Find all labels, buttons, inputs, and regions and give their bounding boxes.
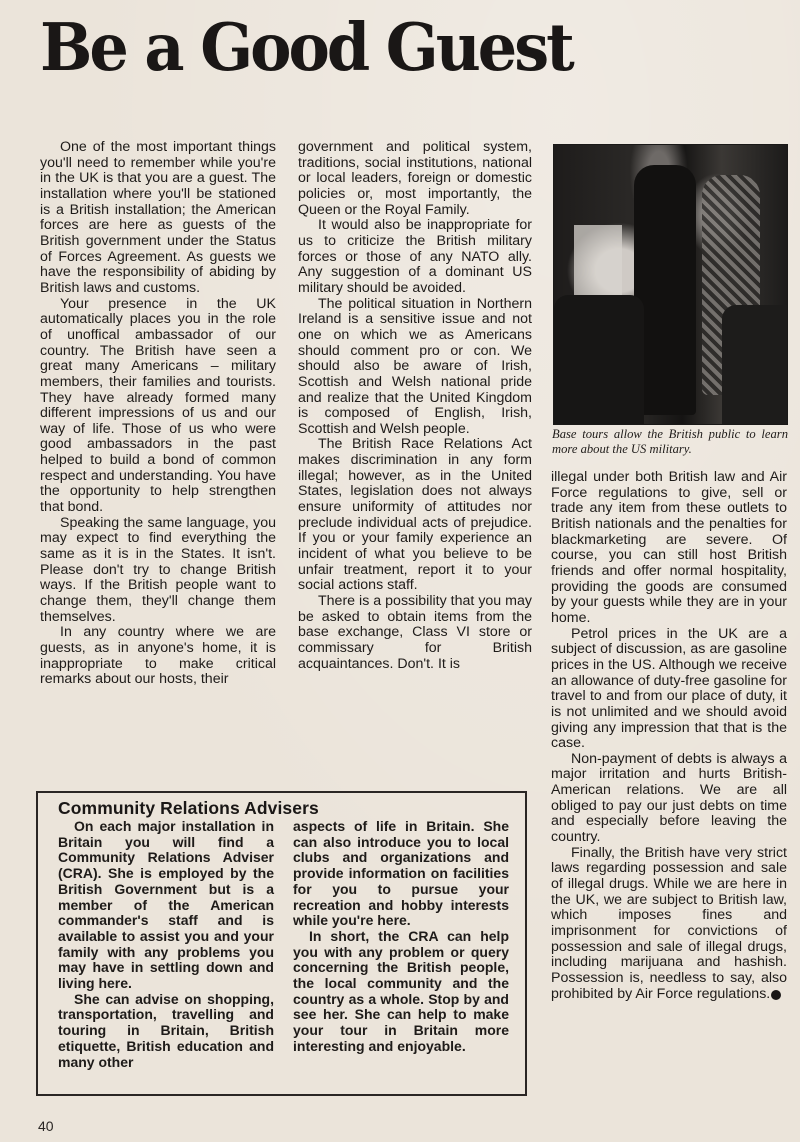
paragraph: She can advise on shopping, transportati… xyxy=(58,992,274,1071)
bus-tour-photo xyxy=(553,144,788,425)
paragraph: government and political system, traditi… xyxy=(298,140,532,218)
paragraph: In short, the CRA can help you with any … xyxy=(293,929,509,1055)
paragraph: On each major installation in Britain yo… xyxy=(58,819,274,992)
article-column-3: illegal under both British law and Air F… xyxy=(551,470,787,1002)
magazine-page: Be a Good Guest One of the most importan… xyxy=(0,0,800,1142)
photo-bus-seat xyxy=(722,305,788,425)
paragraph: Petrol prices in the UK are a subject of… xyxy=(551,627,787,752)
paragraph: Finally, the British have very strict la… xyxy=(551,846,787,1003)
sidebar-box-column-left: On each major installation in Britain yo… xyxy=(58,819,274,1070)
article-column-1: One of the most important things you'll … xyxy=(40,140,276,688)
paragraph: There is a possibility that you may be a… xyxy=(298,594,532,672)
paragraph: Your presence in the UK automatically pl… xyxy=(40,297,276,516)
photo-seated-passenger xyxy=(554,295,644,425)
photo-bus-window xyxy=(574,225,622,295)
sidebar-box-columns: On each major installation in Britain yo… xyxy=(58,819,509,1070)
page-number: 40 xyxy=(38,1118,54,1134)
paragraph: The political situation in Northern Irel… xyxy=(298,297,532,438)
photo-caption: Base tours allow the British public to l… xyxy=(552,427,788,457)
paragraph: It would also be inappropriate for us to… xyxy=(298,218,532,296)
paragraph: Non-payment of debts is always a major i… xyxy=(551,752,787,846)
sidebar-box-column-right: aspects of life in Britain. She can also… xyxy=(293,819,509,1070)
paragraph: The British Race Relations Act makes dis… xyxy=(298,437,532,594)
paragraph: aspects of life in Britain. She can also… xyxy=(293,819,509,929)
paragraph: illegal under both British law and Air F… xyxy=(551,470,787,627)
paragraph: In any country where we are guests, as i… xyxy=(40,625,276,688)
paragraph: Speaking the same language, you may expe… xyxy=(40,516,276,626)
end-of-article-bullet-icon xyxy=(771,990,781,1000)
article-column-2: government and political system, traditi… xyxy=(298,140,532,672)
paragraph: One of the most important things you'll … xyxy=(40,140,276,297)
sidebar-box: Community Relations Advisers On each maj… xyxy=(36,791,527,1096)
article-title: Be a Good Guest xyxy=(40,6,572,90)
paragraph-text: Finally, the British have very strict la… xyxy=(551,845,787,1002)
sidebar-box-title: Community Relations Advisers xyxy=(58,797,509,819)
